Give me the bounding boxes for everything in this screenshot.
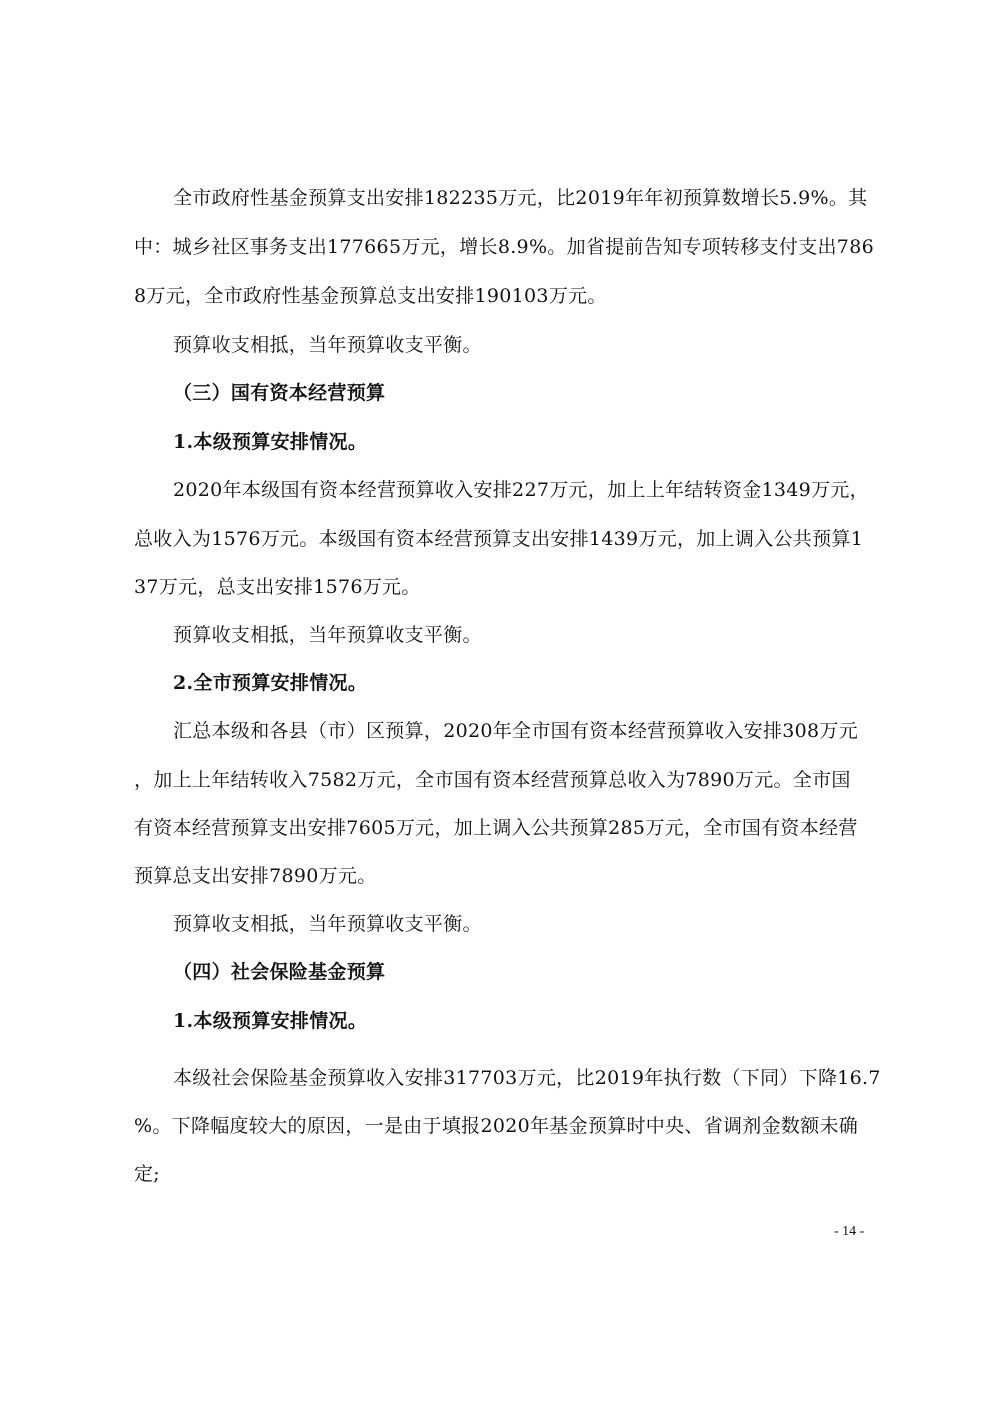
paragraph-line: 37万元，总支出安排1576万元。 xyxy=(134,575,421,599)
paragraph-line: 定; xyxy=(134,1162,160,1186)
section-heading: （三）国有资本经营预算 xyxy=(173,381,385,405)
section-heading: 2.全市预算安排情况。 xyxy=(173,671,367,695)
paragraph-line: 本级社会保险基金预算收入安排317703万元，比2019年执行数（下同）下降16… xyxy=(173,1066,881,1090)
section-heading: 1.本级预算安排情况。 xyxy=(173,430,367,454)
page-number: - 14 - xyxy=(834,1224,864,1240)
paragraph-line: 汇总本级和各县（市）区预算，2020年全市国有资本经营预算收入安排308万元 xyxy=(173,719,858,743)
paragraph-line: 中：城乡社区事务支出177665万元，增长8.9%。加省提前告知专项转移支付支出… xyxy=(134,235,874,259)
paragraph-line: 有资本经营预算支出安排7605万元，加上调入公共预算285万元，全市国有资本经营 xyxy=(134,816,858,840)
paragraph-line: 预算收支相抵，当年预算收支平衡。 xyxy=(173,333,482,357)
section-heading: 1.本级预算安排情况。 xyxy=(173,1009,367,1033)
paragraph-line: 全市政府性基金预算支出安排182235万元，比2019年年初预算数增长5.9%。… xyxy=(173,186,867,210)
paragraph-line: 总收入为1576万元。本级国有资本经营预算支出安排1439万元，加上调入公共预算… xyxy=(134,527,863,551)
paragraph-line: %。下降幅度较大的原因，一是由于填报2020年基金预算时中央、省调剂金数额未确 xyxy=(134,1114,858,1138)
paragraph-line: 预算总支出安排7890万元。 xyxy=(134,864,377,888)
paragraph-line: ，加上上年结转收入7582万元，全市国有资本经营预算总收入为7890万元。全市国 xyxy=(134,768,851,792)
paragraph-line: 预算收支相抵，当年预算收支平衡。 xyxy=(173,623,482,647)
paragraph-line: 8万元，全市政府性基金预算总支出安排190103万元。 xyxy=(134,284,607,308)
paragraph-line: 2020年本级国有资本经营预算收入安排227万元，加上上年结转资金1349万元， xyxy=(173,478,869,502)
paragraph-line: 预算收支相抵，当年预算收支平衡。 xyxy=(173,912,482,936)
section-heading: （四）社会保险基金预算 xyxy=(173,960,385,984)
